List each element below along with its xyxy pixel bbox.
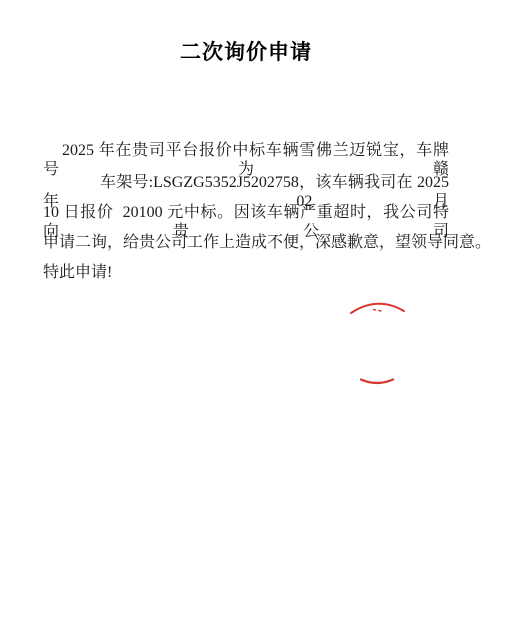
body-line-4: 申请二询，给贵公司工作上造成不便，深感歉意，望领导同意。 — [43, 233, 449, 252]
red-pen-arc-lower — [361, 380, 393, 384]
red-pen-marks-overlay — [0, 0, 508, 618]
document-title: 二次询价申请 — [43, 36, 449, 66]
red-pen-arc-upper — [351, 304, 404, 313]
document-page: 二次询价申请 2025 年在贵司平台报价中标车辆雪佛兰迈锐宝，车牌号为赣 车架号… — [0, 0, 508, 618]
document-title-text: 二次询价申请 — [180, 41, 312, 64]
body-line-5: 特此申请! — [43, 263, 449, 282]
